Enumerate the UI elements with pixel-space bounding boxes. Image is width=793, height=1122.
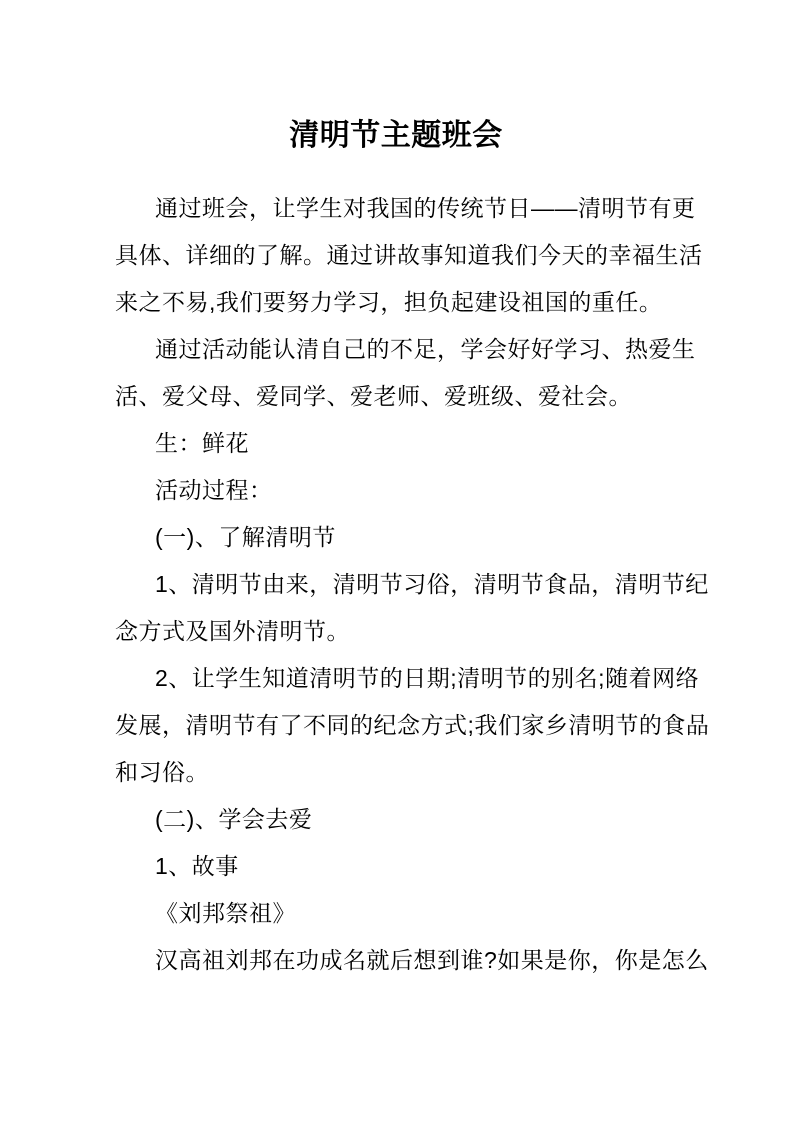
text-line: 2、让学生知道清明节的日期;清明节的别名;随着网络 <box>115 655 677 702</box>
text-line: (一)、了解清明节 <box>115 514 677 561</box>
text-line: 活动过程： <box>115 467 677 514</box>
text-line: 《刘邦祭祖》 <box>115 890 677 937</box>
text-line: 汉高祖刘邦在功成名就后想到谁?如果是你，你是怎么 <box>115 937 677 984</box>
text-line: 发展，清明节有了不同的纪念方式;我们家乡清明节的食品 <box>115 702 677 749</box>
document-title: 清明节主题班会 <box>115 112 677 159</box>
text-line: 通过班会，让学生对我国的传统节日——清明节有更 <box>115 185 677 232</box>
text-line: 生：鲜花 <box>115 420 677 467</box>
text-line: 来之不易,我们要努力学习，担负起建设祖国的重任。 <box>115 279 677 326</box>
text-line: 活、爱父母、爱同学、爱老师、爱班级、爱社会。 <box>115 373 677 420</box>
text-line: 1、清明节由来，清明节习俗，清明节食品，清明节纪 <box>115 561 677 608</box>
text-line: 具体、详细的了解。通过讲故事知道我们今天的幸福生活 <box>115 232 677 279</box>
document-body: 通过班会，让学生对我国的传统节日——清明节有更具体、详细的了解。通过讲故事知道我… <box>115 185 677 984</box>
document-page: 清明节主题班会 通过班会，让学生对我国的传统节日——清明节有更具体、详细的了解。… <box>0 0 793 1122</box>
text-line: 通过活动能认清自己的不足，学会好好学习、热爱生 <box>115 326 677 373</box>
text-line: 念方式及国外清明节。 <box>115 608 677 655</box>
text-line: 1、故事 <box>115 843 677 890</box>
text-line: (二)、学会去爱 <box>115 796 677 843</box>
text-line: 和习俗。 <box>115 749 677 796</box>
